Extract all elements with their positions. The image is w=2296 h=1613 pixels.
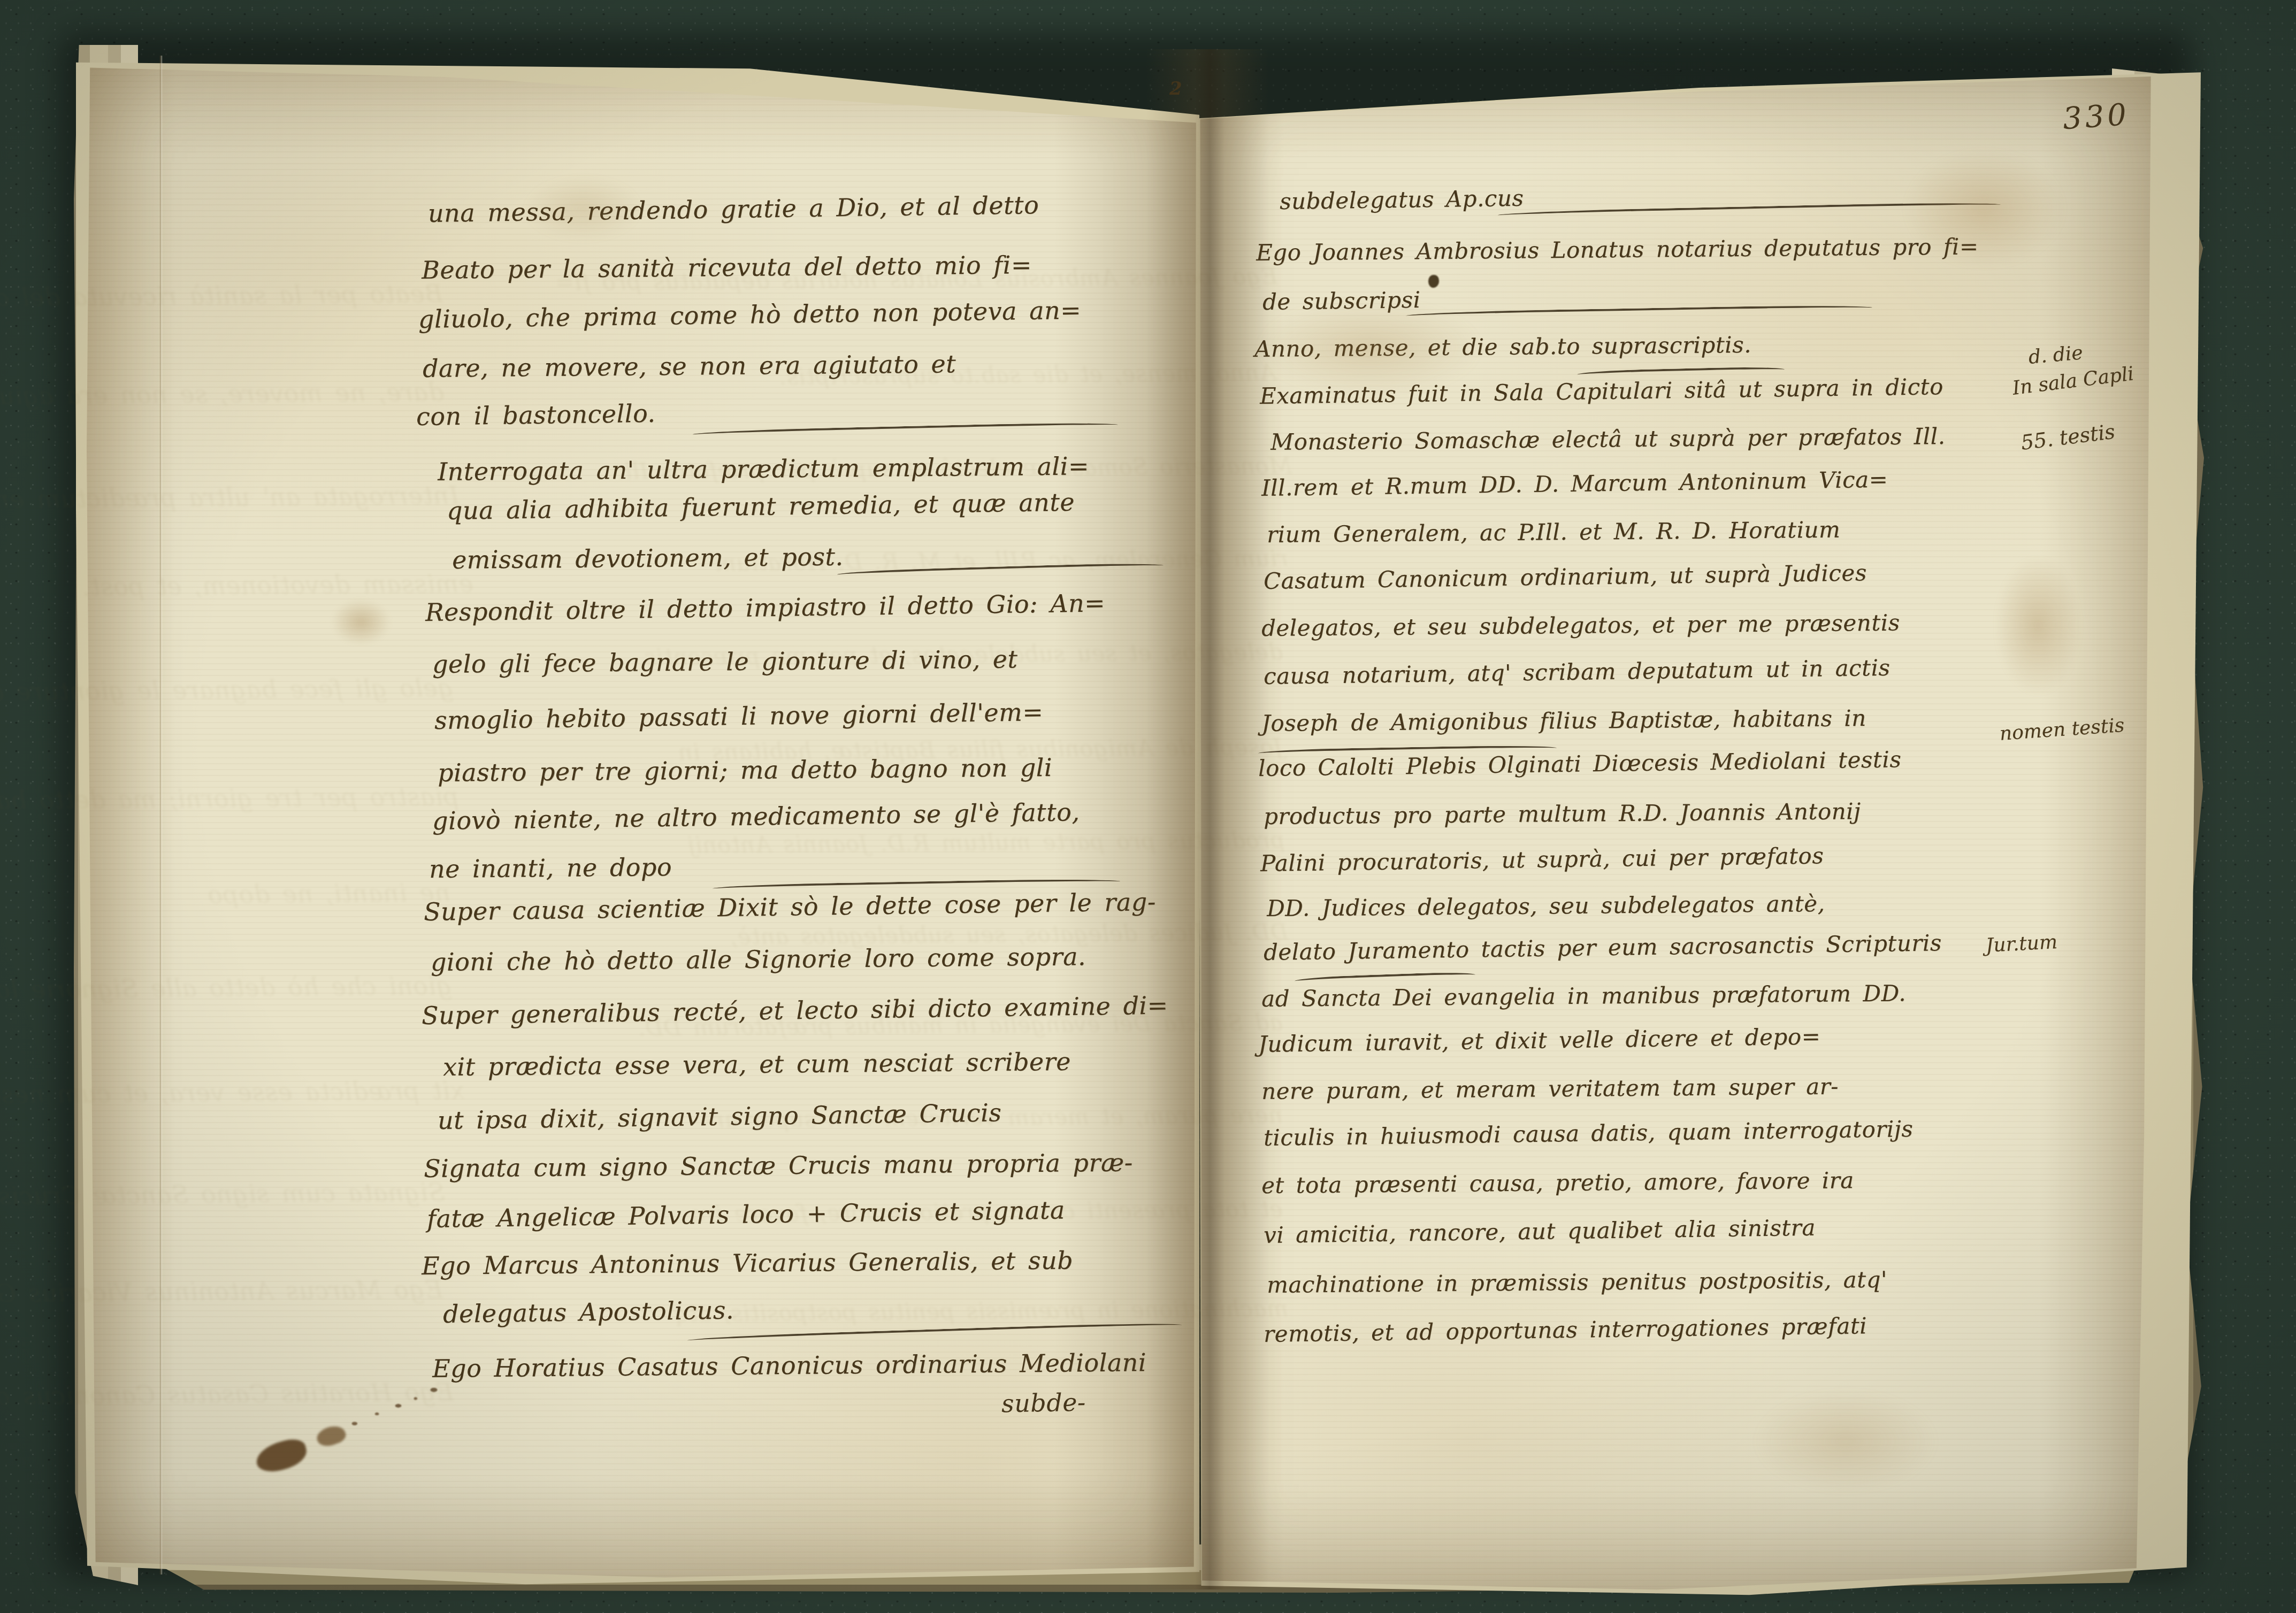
show-through-ghost: rium Generalem, ac P.Ill. et M. R. D. Ho… (714, 545, 1288, 576)
show-through-ghost: dare, ne movere, se non era agiutato et (0, 378, 444, 411)
margin-note: Jur.tum (1985, 931, 2058, 957)
manuscript-line: delegatos, et seu subdelegatos, et per m… (1261, 610, 1900, 641)
show-through-ghost: ne inanti, ne dopo (208, 878, 451, 909)
show-through-ghost: Interrogata an' ultra prædictum emplastr… (0, 481, 459, 516)
show-through-ghost: DD. Judices delegatos, seu subdelegatos … (730, 919, 1288, 950)
manuscript-line: Joseph de Amigonibus filius Baptistæ, ha… (1261, 705, 1866, 736)
show-through-ghost: nere puram, et meram veritatem tam super… (706, 1102, 1283, 1133)
show-through-ghost: Joseph de Amigonibus filius Baptistæ, ha… (678, 734, 1283, 765)
manuscript-line: con il bastoncello. (416, 399, 656, 431)
show-through-ghost: machinatione in præmissis penitus postpo… (668, 1295, 1288, 1327)
gutter-quire-mark: 2 (1169, 78, 1182, 99)
show-through-ghost: piastro per tre giorni; ma detto bagno n… (0, 782, 459, 816)
manuscript-line: Ego Marcus Antoninus Vicarius Generalis,… (422, 1246, 1074, 1280)
manuscript-photo: una messa, rendendo gratie a Dio, et al … (0, 0, 2296, 1613)
manuscript-line: ne inanti, ne dopo (429, 852, 672, 884)
manuscript-line: de subscripsi (1262, 287, 1421, 315)
manuscript-line: Anno, mense, et die sab.to suprascriptis… (1254, 332, 1751, 362)
manuscript-line: subdelegatus Ap.cus (1280, 185, 1524, 214)
show-through-ghost: Anno, mense, et die sab.to suprascriptis… (779, 359, 1276, 390)
manuscript-line: DD. Judices delegatos, seu subdelegatos … (1267, 890, 1825, 921)
show-through-ghost: delegatos, et seu subdelegatos, et per m… (644, 639, 1283, 670)
show-through-ghost: Beato per la sanità ricevuta del detto m… (0, 279, 443, 313)
manuscript-line: Signata cum signo Sanctæ Crucis manu pro… (424, 1148, 1133, 1183)
manuscript-line: xit prædicta esse vera, et cum nesciat s… (443, 1047, 1071, 1081)
manuscript-line: nere puram, et meram veritatem tam super… (1261, 1073, 1839, 1104)
show-through-ghost: gelo gli fece bagnare le gionture di vin… (0, 673, 454, 708)
show-through-ghost: Ego Marcus Antoninus Vicarius Generalis,… (0, 1275, 443, 1310)
manuscript-line: et tota præsenti causa, pretio, amore, f… (1261, 1167, 1854, 1199)
show-through-ghost: et tota præsenti causa, pretio, amore, f… (690, 1196, 1283, 1227)
show-through-ghost: gioni che hò detto alle Signorie loro co… (0, 971, 452, 1006)
manuscript-line: machinatione in præmissis penitus postpo… (1267, 1266, 1887, 1298)
show-through-ghost: emissam devotionem, et post. (82, 569, 473, 601)
folio-number: 330 (2062, 97, 2131, 137)
manuscript-line: productus pro parte multum R.D. Joannis … (1264, 798, 1861, 829)
catchword: subde- (1001, 1388, 1086, 1418)
show-through-ghost: productus pro parte multum R.D. Joannis … (687, 827, 1285, 858)
manuscript-line: rium Generalem, ac P.Ill. et M. R. D. Ho… (1267, 517, 1841, 548)
show-through-ghost: xit prædicta esse vera, et cum nesciat s… (0, 1076, 464, 1110)
